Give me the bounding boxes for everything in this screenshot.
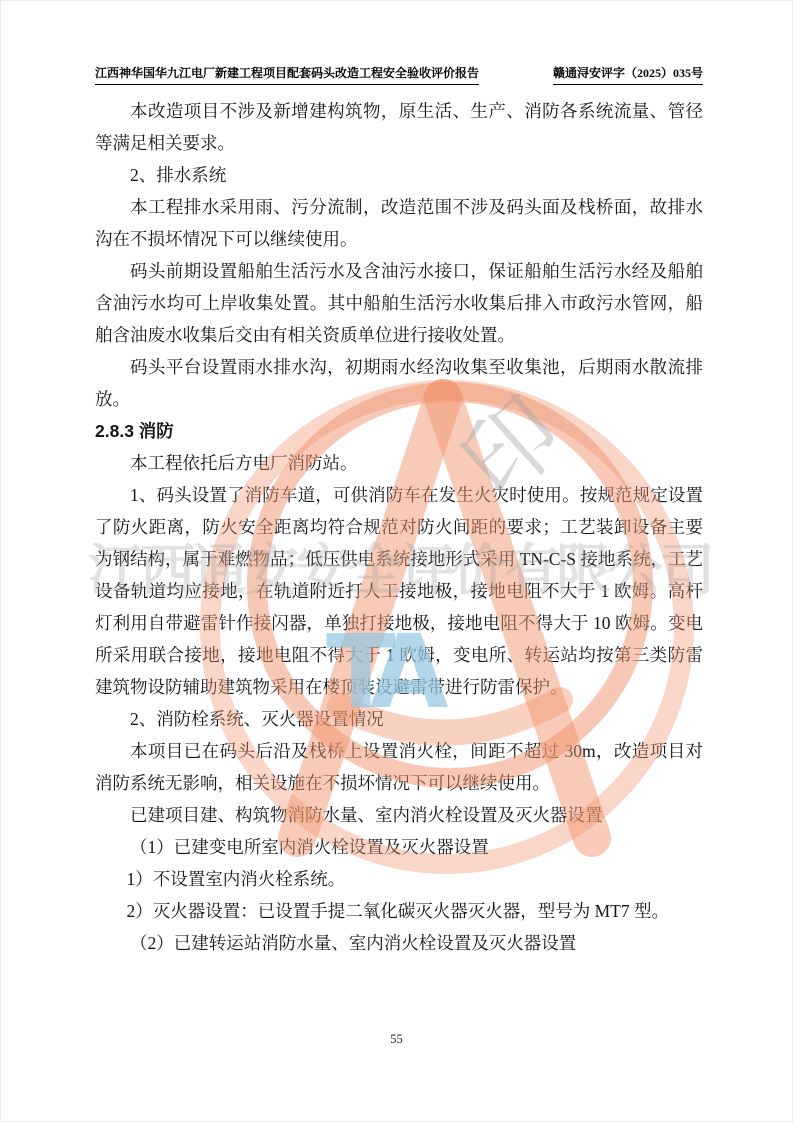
paragraph: 本项目已在码头后沿及栈桥上设置消火栓，间距不超过 30m，改造项目对消防系统无影… [95, 735, 703, 799]
document-page: 江西神华国华九江电厂新建工程项目配套码头改造工程安全验收评价报告 赣通浔安评字（… [0, 0, 793, 1122]
paragraph: 码头前期设置船舶生活污水及含油污水接口，保证船舶生活污水经及船舶含油污水均可上岸… [95, 255, 703, 351]
paragraph: 2、排水系统 [95, 159, 703, 191]
paragraph: 2、消防栓系统、灭火器设置情况 [95, 703, 703, 735]
paragraph: （2）已建转运站消防水量、室内消火栓设置及灭火器设置 [95, 927, 703, 959]
paragraph: 1）不设置室内消火栓系统。 [95, 863, 703, 895]
paragraph: （1）已建变电所室内消火栓设置及灭火器设置 [95, 831, 703, 863]
page-number: 55 [390, 1032, 403, 1046]
page-header: 江西神华国华九江电厂新建工程项目配套码头改造工程安全验收评价报告 赣通浔安评字（… [95, 64, 703, 85]
paragraph: 码头平台设置雨水排水沟，初期雨水经沟收集至收集池，后期雨水散流排放。 [95, 351, 703, 415]
paragraph: 1、码头设置了消防车道，可供消防车在发生火灾时使用。按规范规定设置了防火距离，防… [95, 479, 703, 703]
page-footer: 55 [0, 1032, 793, 1047]
paragraph: 本工程排水采用雨、污分流制，改造范围不涉及码头面及栈桥面，故排水沟在不损坏情况下… [95, 191, 703, 255]
paragraph: 本工程依托后方电厂消防站。 [95, 447, 703, 479]
document-body: 本改造项目不涉及新增建构筑物，原生活、生产、消防各系统流量、管径等满足相关要求。… [95, 95, 703, 959]
section-heading: 2.8.3 消防 [95, 415, 703, 447]
paragraph: 2）灭火器设置：已设置手提二氧化碳灭火器灭火器，型号为 MT7 型。 [95, 895, 703, 927]
report-title: 江西神华国华九江电厂新建工程项目配套码头改造工程安全验收评价报告 [95, 64, 479, 85]
doc-number: 赣通浔安评字（2025）035号 [553, 64, 703, 85]
paragraph: 已建项目建、构筑物消防水量、室内消火栓设置及灭火器设置 [95, 799, 703, 831]
paragraph: 本改造项目不涉及新增建构筑物，原生活、生产、消防各系统流量、管径等满足相关要求。 [95, 95, 703, 159]
